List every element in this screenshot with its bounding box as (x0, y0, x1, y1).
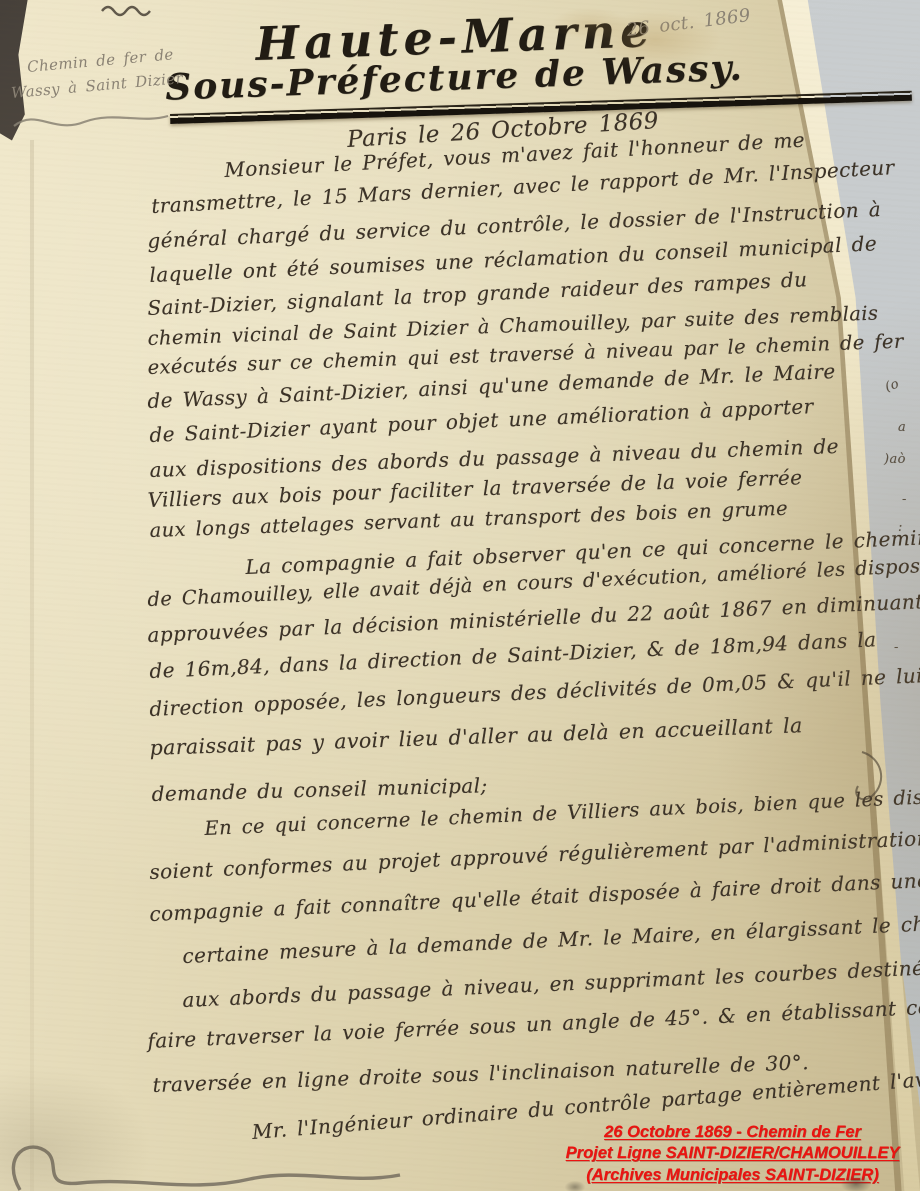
caption-line-date: 26 Octobre 1869 - Chemin de Fer (545, 1122, 920, 1143)
archive-caption: 26 Octobre 1869 - Chemin de Fer Projet L… (545, 1122, 920, 1186)
caption-line-project: Projet Ligne SAINT-DIZIER/CHAMOUILLEY (545, 1143, 920, 1164)
stray-mark: - (894, 640, 899, 655)
stray-mark: (o (883, 376, 901, 395)
stray-mark: - (902, 492, 907, 507)
caption-line-source: (Archives Municipales SAINT-DIZIER) (545, 1165, 920, 1186)
stray-mark: · (900, 558, 905, 573)
stray-mark: a (898, 420, 906, 435)
photo-of-document: Haute-Marne Sous-Préfecture de Wassy. 26… (0, 0, 920, 1191)
stray-mark: : (898, 520, 903, 535)
stray-mark: )aò (884, 452, 906, 467)
